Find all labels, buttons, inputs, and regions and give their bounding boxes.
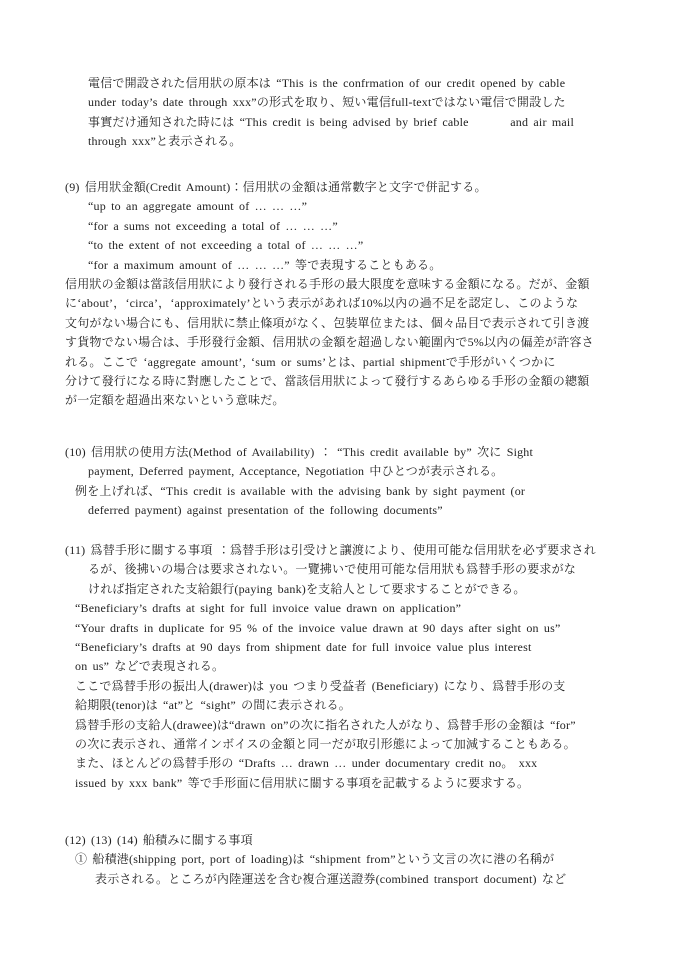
text-line: 電信で開設された信用狀の原本は “This is the confrmation… — [0, 74, 680, 93]
text-line: 分けて發行になる時に對應したことで、當該信用狀によって發行するあらゆる手形の金額… — [0, 372, 680, 391]
text-line: 例を上げれば、“This credit is available with th… — [0, 482, 680, 501]
text-line: (11) 爲替手形に關する事項 ：爲替手形は引受けと讓渡により、使用可能な信用狀… — [0, 541, 680, 560]
text-line: 信用狀の金額は當該信用狀により發行される手形の最大限度を意味する金額になる。だが… — [0, 275, 680, 294]
text-line: 表示される。ところが內陸運送を含む複合運送證券(combined transpo… — [0, 870, 680, 889]
text-line: れる。ここで ‘aggregate amount’, ‘sum or sums’… — [0, 353, 680, 372]
text-line: “to the extent of not exceeding a total … — [0, 236, 680, 255]
text-line: 文句がない場合にも、信用狀に禁止條項がなく、包裝單位または、個々品目で表示されて… — [0, 314, 680, 333]
section-12-13-14-shipment: (12) (13) (14) 船積みに關する事項① 船積港(shipping p… — [0, 831, 680, 889]
document-page: 電信で開設された信用狀の原本は “This is the confrmation… — [0, 0, 680, 962]
text-line: ① 船積港(shipping port, port of loading)は “… — [0, 850, 680, 869]
text-line: through xxx”と表示される。 — [0, 132, 680, 151]
text-line: ここで爲替手形の振出人(drawer)は you つまり受益者 (Benefic… — [0, 677, 680, 696]
intro-paragraph: 電信で開設された信用狀の原本は “This is the confrmation… — [0, 74, 680, 152]
text-line: (12) (13) (14) 船積みに關する事項 — [0, 831, 680, 850]
text-line: (10) 信用狀の使用方法(Method of Availability) ： … — [0, 443, 680, 462]
text-line: “Beneficiary’s drafts at 90 days from sh… — [0, 638, 680, 657]
text-line: す貨物でない場合は、手形發行金額、信用狀の金額を超過しない範圍內で5%以內の偏差… — [0, 333, 680, 352]
text-line: の次に表示され、通常インボイスの金額と同一だが取引形態によって加減することもある… — [0, 735, 680, 754]
section-9-credit-amount: (9) 信用狀金額(Credit Amount)：信用狀の金額は通常數字と文字で… — [0, 178, 680, 411]
text-line: ければ指定された支給銀行(paying bank)を支給人として要求することがで… — [0, 580, 680, 599]
text-line: 爲替手形の支給人(drawee)は“drawn on”の次に指名された人がなり、… — [0, 716, 680, 735]
text-line: “up to an aggregate amount of … … …” — [0, 197, 680, 216]
text-line: 事實だけ通知された時には “This credit is being advis… — [0, 113, 680, 132]
text-line: “for a maximum amount of … … …” 等で表現すること… — [0, 256, 680, 275]
text-line: under today’s date through xxx”の形式を取り、短い… — [0, 93, 680, 112]
text-line: “Beneficiary’s drafts at sight for full … — [0, 599, 680, 618]
text-line: また、ほとんどの爲替手形の “Drafts … drawn … under do… — [0, 754, 680, 773]
text-line: payment, Deferred payment, Acceptance, N… — [0, 462, 680, 481]
text-line: issued by xxx bank” 等で手形面に信用狀に關する事項を記載する… — [0, 774, 680, 793]
text-line: (9) 信用狀金額(Credit Amount)：信用狀の金額は通常數字と文字で… — [0, 178, 680, 197]
text-line: に‘about’，‘circa’，‘approximately’という表示があれ… — [0, 294, 680, 313]
section-10-method-of-availability: (10) 信用狀の使用方法(Method of Availability) ： … — [0, 443, 680, 521]
text-line: “Your drafts in duplicate for 95 % of th… — [0, 619, 680, 638]
text-line: 給期限(tenor)は “at”と “sight” の間に表示される。 — [0, 696, 680, 715]
text-line: on us” などで表現される。 — [0, 657, 680, 676]
text-line: が一定額を超過出來ないという意味だ。 — [0, 391, 680, 410]
text-line: るが、後拂いの場合は要求されない。一覽拂いで使用可能な信用狀も爲替手形の要求がな — [0, 560, 680, 579]
section-11-drafts: (11) 爲替手形に關する事項 ：爲替手形は引受けと讓渡により、使用可能な信用狀… — [0, 541, 680, 793]
text-line: deferred payment) against presentation o… — [0, 501, 680, 520]
text-line: “for a sums not exceeding a total of … …… — [0, 217, 680, 236]
